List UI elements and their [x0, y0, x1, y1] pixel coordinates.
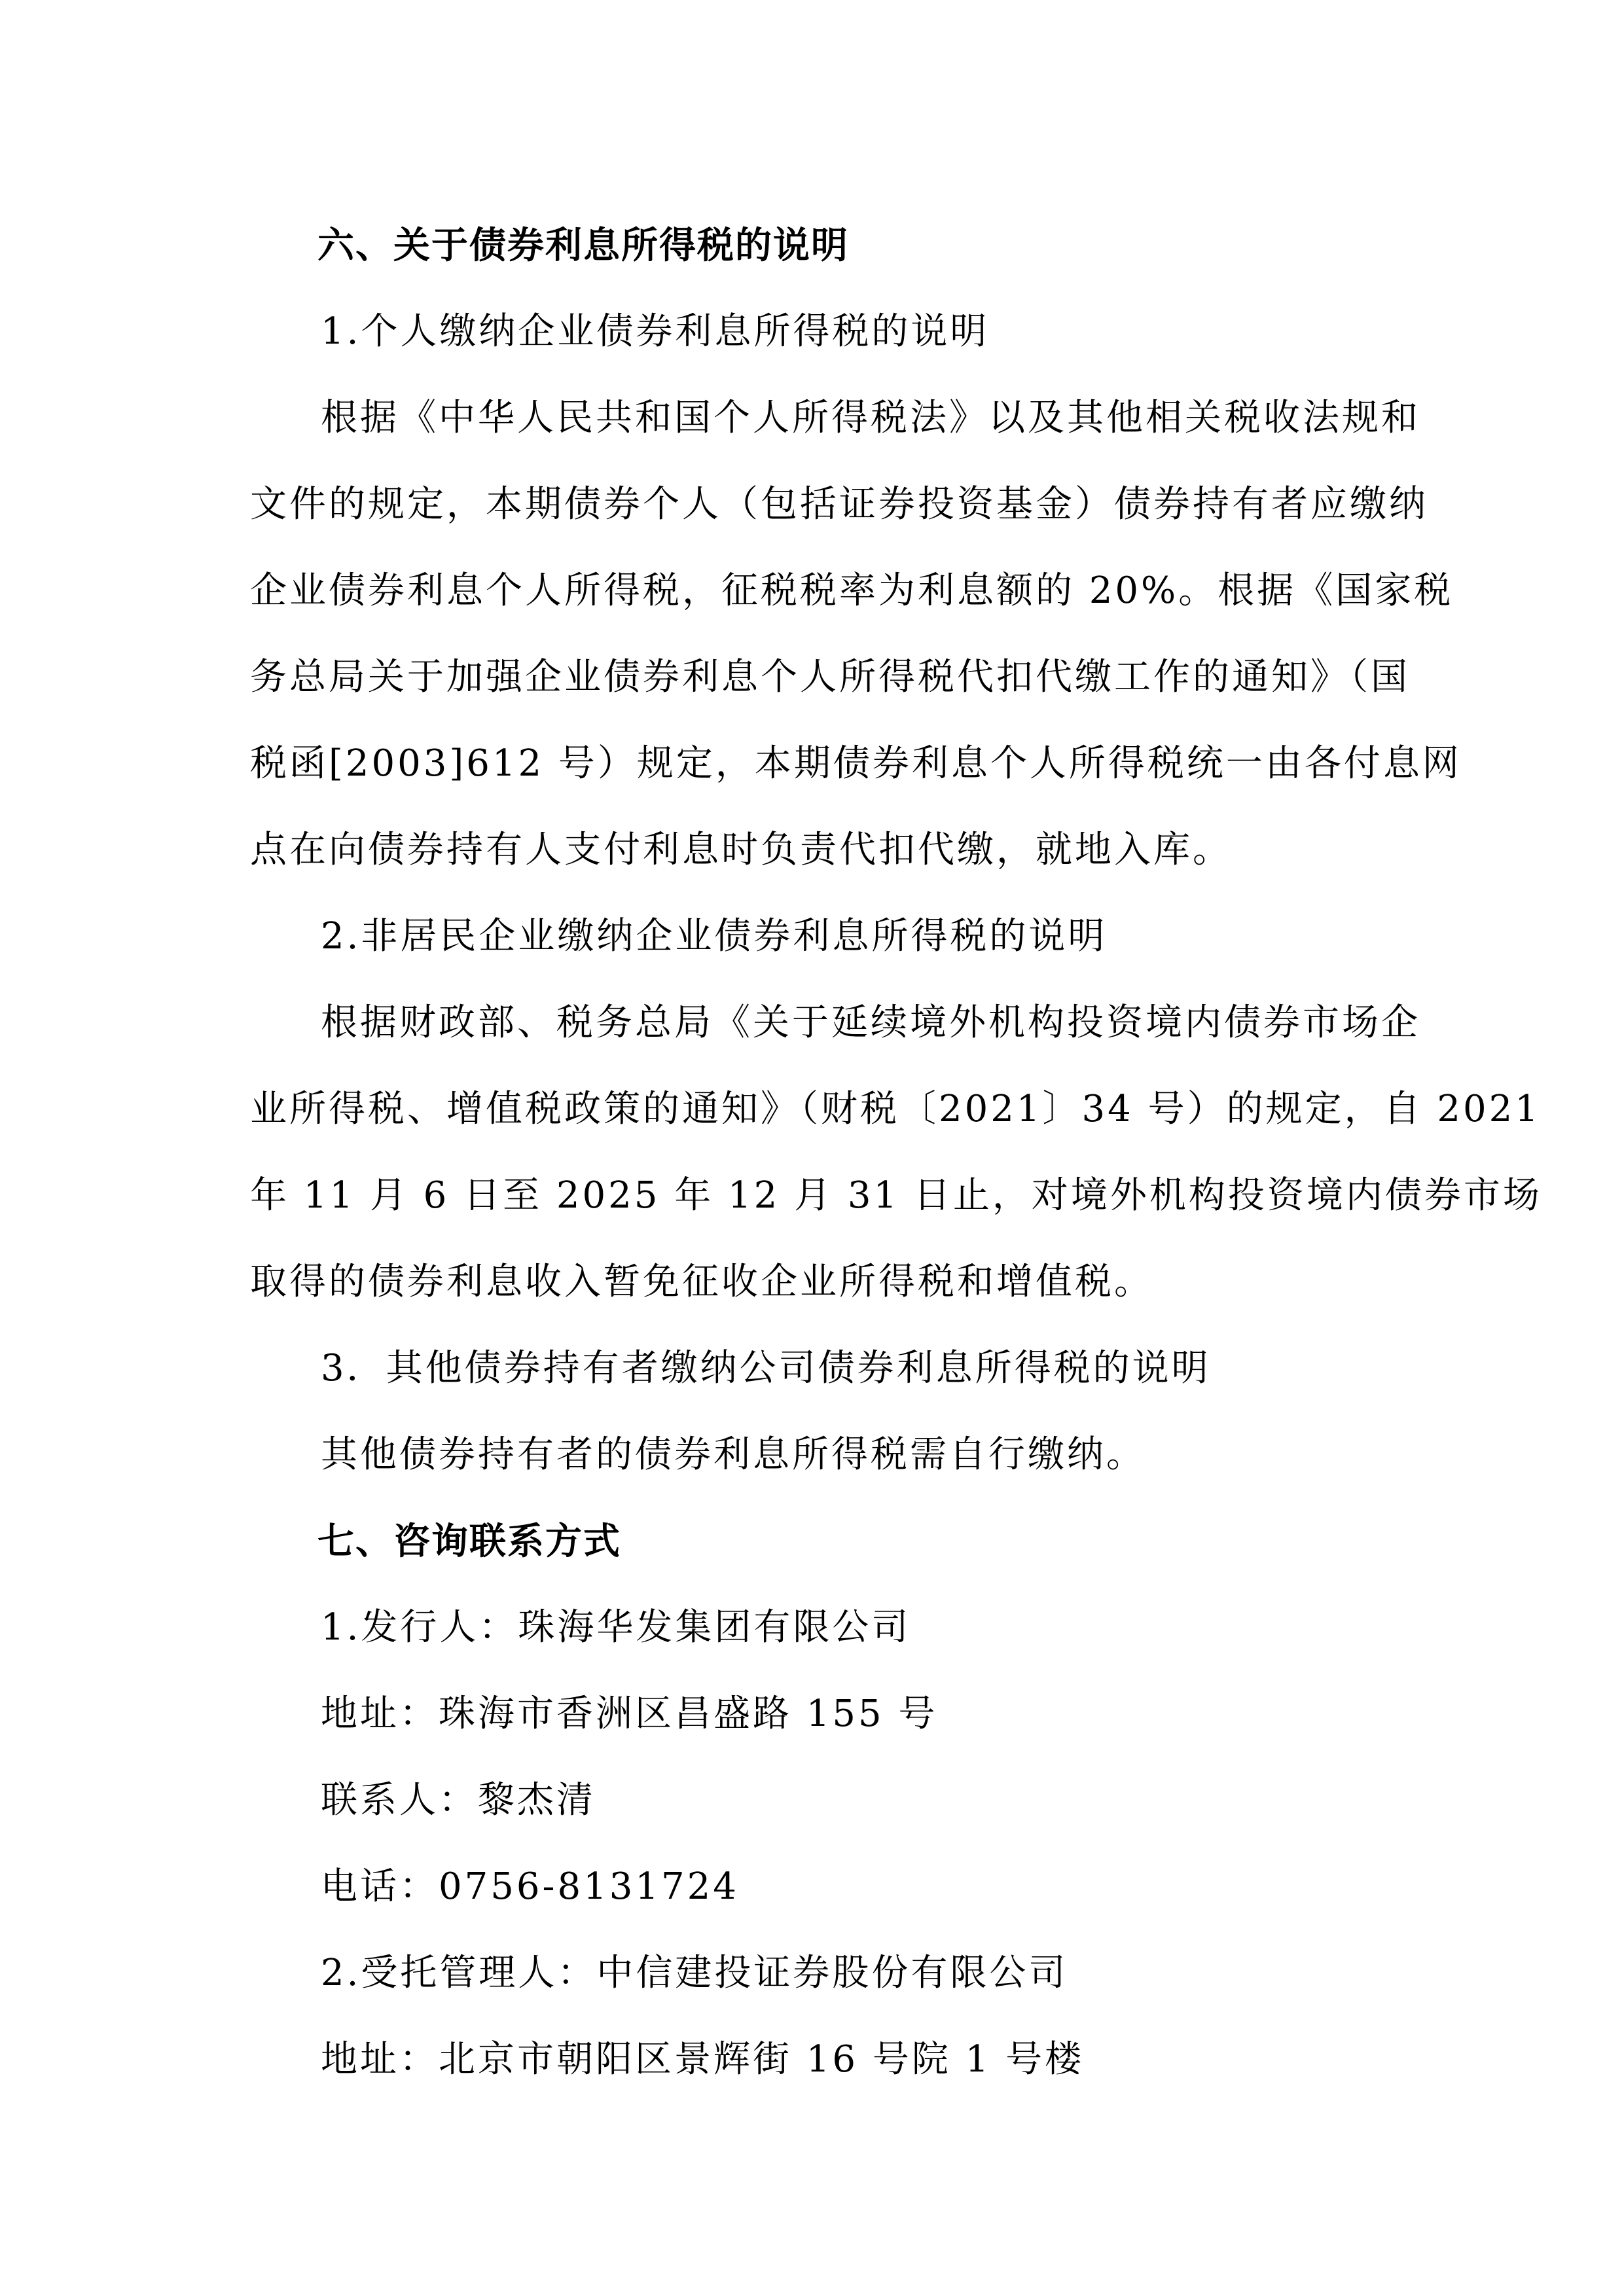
paragraph-line: 根据《中华人民共和国个人所得税法》以及其他相关税收法规和	[321, 389, 1389, 448]
paragraph-line: 企业债券利息个人所得税，征税税率为利息额的 20%。根据《国家税	[250, 562, 1389, 620]
paragraph-line: 税函[2003]612 号）规定，本期债券利息个人所得税统一由各付息网	[250, 734, 1389, 793]
paragraph-line: 点在向债券持有人支付利息时负责代扣代缴，就地入库。	[250, 821, 1389, 880]
paragraph-line: 取得的债券利息收入暂免征收企业所得税和增值税。	[250, 1253, 1389, 1312]
paragraph-line: 其他债券持有者的债券利息所得税需自行缴纳。	[321, 1426, 1389, 1484]
trustee-address: 地址：北京市朝阳区景辉街 16 号院 1 号楼	[321, 2030, 1389, 2089]
trustee-name: 2.受托管理人：中信建投证券股份有限公司	[321, 1944, 1389, 2003]
section-7-heading: 七、咨询联系方式	[317, 1512, 1456, 1571]
paragraph-line: 文件的规定，本期债券个人（包括证券投资基金）债券持有者应缴纳	[250, 475, 1389, 534]
issuer-phone: 电话：0756-8131724	[321, 1857, 1389, 1916]
subsection-1-heading: 1.个人缴纳企业债券利息所得税的说明	[321, 302, 1389, 361]
document-page: 六、关于债券利息所得税的说明 1.个人缴纳企业债券利息所得税的说明 根据《中华人…	[0, 0, 1624, 2296]
issuer-address: 地址：珠海市香洲区昌盛路 155 号	[321, 1685, 1389, 1744]
section-6-heading: 六、关于债券利息所得税的说明	[317, 216, 1456, 275]
paragraph-line: 根据财政部、税务总局《关于延续境外机构投资境内债券市场企	[321, 994, 1389, 1052]
subsection-3-heading: 3．其他债券持有者缴纳公司债券利息所得税的说明	[321, 1339, 1389, 1398]
issuer-contact: 联系人：黎杰清	[321, 1771, 1389, 1830]
paragraph-line: 业所得税、增值税政策的通知》（财税〔2021〕34 号）的规定，自 2021	[250, 1080, 1389, 1139]
issuer-name: 1.发行人：珠海华发集团有限公司	[321, 1598, 1389, 1657]
subsection-2-heading: 2.非居民企业缴纳企业债券利息所得税的说明	[321, 907, 1389, 966]
paragraph-line: 年 11 月 6 日至 2025 年 12 月 31 日止，对境外机构投资境内债…	[250, 1166, 1389, 1225]
paragraph-line: 务总局关于加强企业债券利息个人所得税代扣代缴工作的通知》（国	[250, 648, 1389, 707]
